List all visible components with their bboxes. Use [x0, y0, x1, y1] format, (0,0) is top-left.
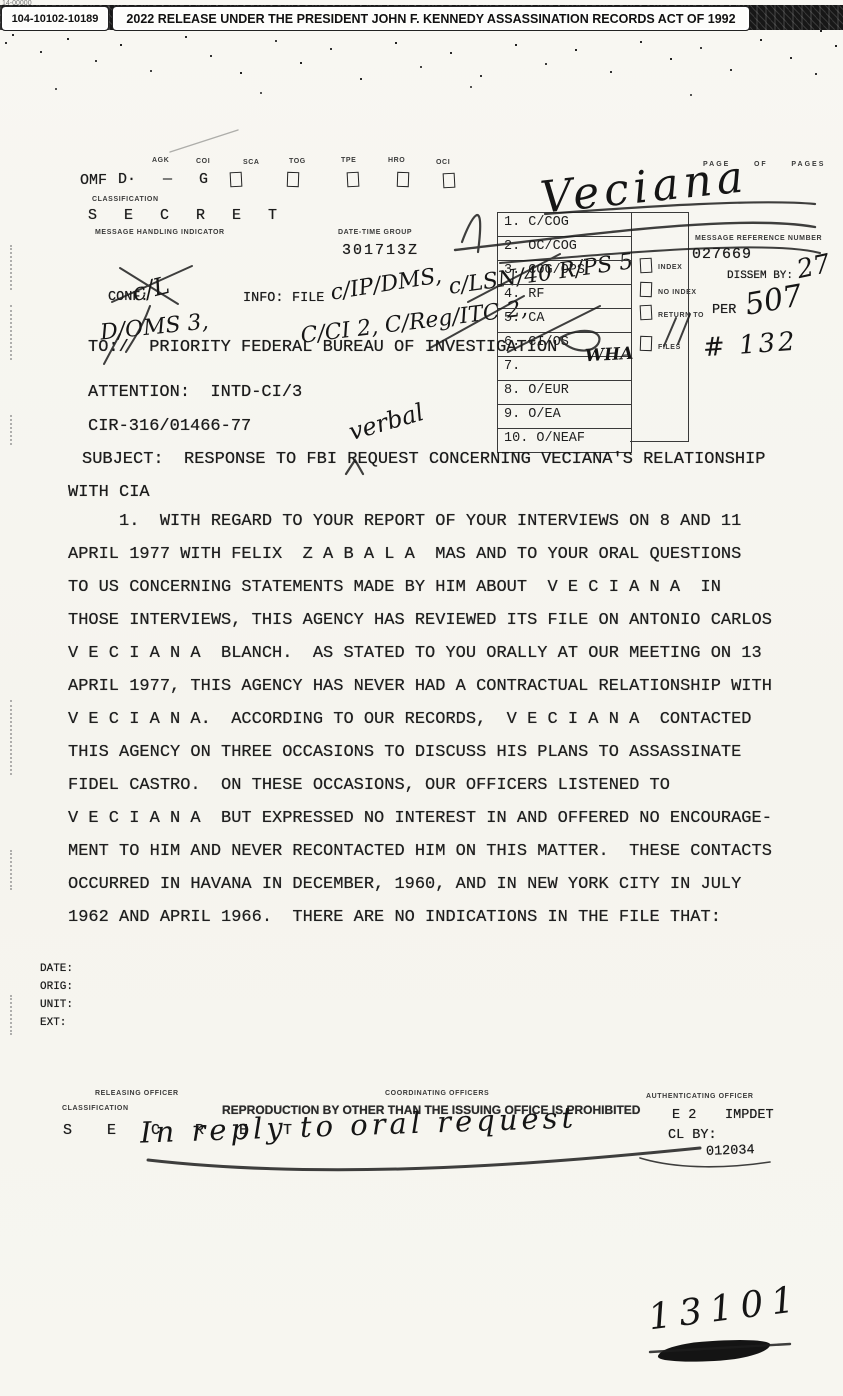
index-checkbox — [640, 258, 653, 274]
info-label: INFO: — [243, 291, 284, 306]
file-handwriting-1: c/IP/DMS, — [329, 263, 444, 305]
body-line: OCCURRED IN HAVANA IN DECEMBER, 1960, AN… — [68, 875, 828, 908]
routing-checkbox — [347, 172, 360, 188]
verbal-insert-handwriting: verbal — [346, 398, 427, 446]
column-label-oci: OCI — [436, 159, 450, 166]
body-line: APRIL 1977 WITH FELIX Z A B A L A MAS AN… — [68, 545, 828, 578]
date-time-group-value: 301713Z — [342, 242, 419, 259]
routing-row: 10. O/NEAF — [498, 429, 631, 452]
reply-note-handwriting: In reply to oral request — [140, 1100, 578, 1149]
cl-by-label: CL BY: — [668, 1128, 717, 1143]
subject-line-continued: WITH CIA — [68, 483, 150, 502]
cir-reference-line: CIR-316/01466-77 — [88, 417, 251, 436]
margin-mark — [10, 305, 12, 360]
page-number-handwriting: 13101 — [646, 1279, 804, 1339]
date-time-group-label: DATE-TIME GROUP — [338, 229, 412, 236]
margin-mark — [10, 850, 12, 890]
routing-checkbox — [230, 172, 243, 188]
per-label: PER — [712, 303, 736, 318]
dissem-by-handwriting: 27 — [794, 249, 833, 285]
date-field-label: DATE: — [40, 963, 73, 975]
body-line: V E C I A N A BLANCH. AS STATED TO YOU O… — [68, 644, 828, 677]
omf-field: OMF — [80, 172, 107, 189]
subject-line: SUBJECT: RESPONSE TO FBI REQUEST CONCERN… — [82, 450, 766, 469]
cl-by-value: 012034 — [706, 1143, 755, 1160]
no-index-checkbox — [640, 282, 653, 297]
release-banner-text: 2022 RELEASE UNDER THE PRESIDENT JOHN F.… — [113, 7, 749, 30]
impdet-marking: IMPDET — [725, 1108, 774, 1123]
message-reference-value: 027669 — [692, 246, 752, 263]
files-label: FILES — [658, 344, 681, 351]
routing-row: 4. RF — [498, 285, 631, 309]
message-body: 1. WITH REGARD TO YOUR REPORT OF YOUR IN… — [68, 512, 828, 941]
per-handwriting: 507 — [742, 278, 804, 322]
routing-panel: 1. C/COG 2. OC/COG 3. COG/OPS 4. RF 5. C… — [497, 212, 632, 453]
body-line: FIDEL CASTRO. ON THESE OCCASIONS, OUR OF… — [68, 776, 828, 809]
coordinating-officers-label: COORDINATING OFFICERS — [385, 1090, 489, 1097]
bottom-classification-label: CLASSIFICATION — [62, 1105, 129, 1112]
margin-mark — [10, 700, 12, 775]
margin-mark — [10, 995, 12, 1035]
crossed-out-number-scribble — [657, 1337, 772, 1365]
margin-mark — [10, 415, 12, 445]
body-line: THOSE INTERVIEWS, THIS AGENCY HAS REVIEW… — [68, 611, 828, 644]
handling-indicator-label: MESSAGE HANDLING INDICATOR — [95, 229, 225, 236]
authenticating-officer-label: AUTHENTICATING OFFICER — [646, 1093, 754, 1100]
routing-row: 5. CA — [498, 309, 631, 333]
omf-entries: D· — G — [118, 171, 208, 188]
conf-handwriting: c/L — [129, 271, 172, 307]
routing-checkbox — [397, 172, 410, 187]
releasing-officer-label: RELEASING OFFICER — [95, 1090, 179, 1097]
index-label: INDEX — [658, 264, 682, 271]
message-reference-label: MESSAGE REFERENCE NUMBER — [695, 235, 822, 242]
file-label: FILE — [292, 291, 324, 306]
column-label-tpe: TPE — [341, 157, 356, 164]
body-line: TO US CONCERNING STATEMENTS MADE BY HIM … — [68, 578, 828, 611]
body-line: V E C I A N A. ACCORDING TO OUR RECORDS,… — [68, 710, 828, 743]
e2-marking: E 2 — [672, 1108, 696, 1123]
orig-field-label: ORIG: — [40, 981, 73, 993]
column-label-agk: AGK — [152, 157, 169, 164]
body-line: THIS AGENCY ON THREE OCCASIONS TO DISCUS… — [68, 743, 828, 776]
column-label-sca: SCA — [243, 159, 260, 166]
to-line: TO:/ PRIORITY FEDERAL BUREAU OF INVESTIG… — [88, 338, 557, 357]
column-label-hro: HRO — [388, 157, 405, 164]
body-line: MENT TO HIM AND NEVER RECONTACTED HIM ON… — [68, 842, 828, 875]
routing-row: 8. O/EUR — [498, 381, 631, 405]
column-label-tog: TOG — [289, 158, 306, 165]
wha-handwriting: WHA — [585, 344, 634, 367]
files-checkbox — [640, 336, 653, 351]
routing-panel-right-column — [630, 212, 689, 442]
unit-field-label: UNIT: — [40, 999, 73, 1011]
attention-line: ATTENTION: INTD-CI/3 — [88, 383, 302, 402]
body-line: V E C I A N A BUT EXPRESSED NO INTEREST … — [68, 809, 828, 842]
return-to-checkbox — [640, 305, 653, 321]
document-id-box: 104-10102-10189 — [2, 7, 108, 30]
routing-checkbox — [443, 173, 456, 189]
files-number-handwriting: # 132 — [702, 327, 799, 364]
no-index-label: NO INDEX — [658, 289, 697, 296]
scanned-cable-document: 14-00000 104-10102-10189 2022 RELEASE UN… — [0, 0, 843, 1396]
body-line: 1. WITH REGARD TO YOUR REPORT OF YOUR IN… — [68, 512, 828, 545]
ext-field-label: EXT: — [40, 1017, 66, 1029]
body-line: APRIL 1977, THIS AGENCY HAS NEVER HAD A … — [68, 677, 828, 710]
return-to-label: RETURN TO — [658, 312, 704, 319]
routing-checkbox — [287, 172, 300, 187]
classification-stamp: S E C R E T — [88, 207, 286, 224]
body-line: 1962 AND APRIL 1966. THERE ARE NO INDICA… — [68, 908, 828, 941]
routing-row: 9. O/EA — [498, 405, 631, 429]
margin-mark — [10, 245, 12, 290]
routing-row: 3. COG/OPS — [498, 261, 631, 285]
routing-row: 2. OC/COG — [498, 237, 631, 261]
classification-label: CLASSIFICATION — [92, 196, 159, 203]
signature-scrawl: Veciana — [538, 151, 750, 223]
column-label-coi: COI — [196, 158, 210, 165]
